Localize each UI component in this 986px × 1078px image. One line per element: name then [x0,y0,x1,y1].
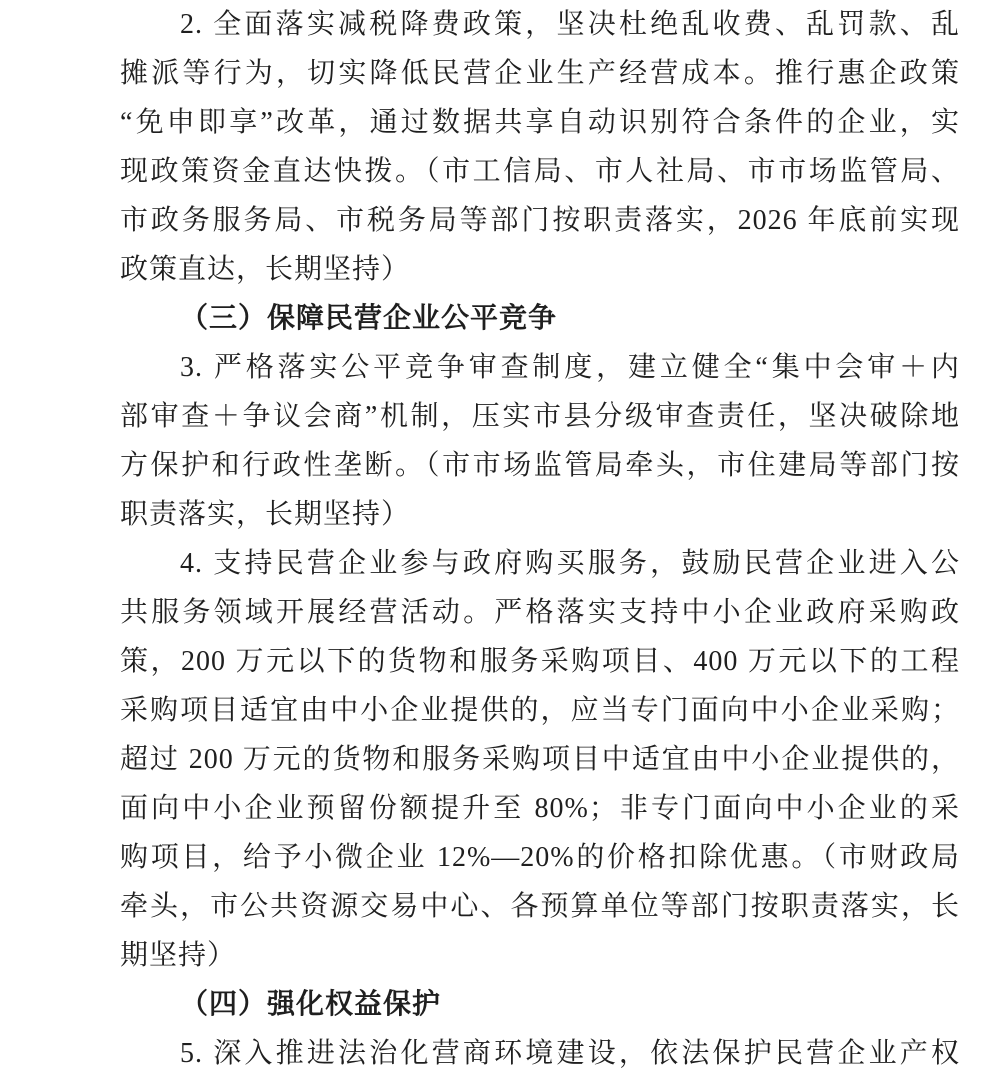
text-line: 部审查＋争议会商”机制，压实市县分级审查责任，坚决破除地 [120,392,960,441]
text-line: 5. 深入推进法治化营商环境建设，依法保护民营企业产权 [120,1029,960,1078]
text-line: 政策直达，长期坚持） [120,245,960,294]
text-line: 策，200 万元以下的货物和服务采购项目、400 万元以下的工程 [120,637,960,686]
text-line: 2. 全面落实减税降费政策，坚决杜绝乱收费、乱罚款、乱 [120,0,960,49]
text-line: 面向中小企业预留份额提升至 80%；非专门面向中小企业的采 [120,784,960,833]
text-line: 市政务服务局、市税务局等部门按职责落实，2026 年底前实现 [120,196,960,245]
text-line: 现政策资金直达快拨。（市工信局、市人社局、市市场监管局、 [120,147,960,196]
text-line: “免申即享”改革，通过数据共享自动识别符合条件的企业，实 [120,98,960,147]
document-body: 2. 全面落实减税降费政策，坚决杜绝乱收费、乱罚款、乱摊派等行为，切实降低民营企… [120,0,960,1078]
text-line: 职责落实，长期坚持） [120,490,960,539]
text-line: （三）保障民营企业公平竞争 [120,294,960,343]
document-page: 2. 全面落实减税降费政策，坚决杜绝乱收费、乱罚款、乱摊派等行为，切实降低民营企… [0,0,986,1078]
text-line: 牵头，市公共资源交易中心、各预算单位等部门按职责落实，长 [120,882,960,931]
item-4: 4. 支持民营企业参与政府购买服务，鼓励民营企业进入公共服务领域开展经营活动。严… [120,539,960,980]
item-5: 5. 深入推进法治化营商环境建设，依法保护民营企业产权 [120,1029,960,1078]
item-2: 2. 全面落实减税降费政策，坚决杜绝乱收费、乱罚款、乱摊派等行为，切实降低民营企… [120,0,960,294]
text-line: 采购项目适宜由中小企业提供的，应当专门面向中小企业采购； [120,686,960,735]
text-line: 期坚持） [120,931,960,980]
section-heading-3: （三）保障民营企业公平竞争 [120,294,960,343]
text-line: 4. 支持民营企业参与政府购买服务，鼓励民营企业进入公 [120,539,960,588]
text-line: 方保护和行政性垄断。（市市场监管局牵头，市住建局等部门按 [120,441,960,490]
item-3: 3. 严格落实公平竞争审查制度，建立健全“集中会审＋内部审查＋争议会商”机制，压… [120,343,960,539]
section-heading-4: （四）强化权益保护 [120,980,960,1029]
text-line: 购项目，给予小微企业 12%—20%的价格扣除优惠。（市财政局 [120,833,960,882]
text-line: 超过 200 万元的货物和服务采购项目中适宜由中小企业提供的， [120,735,960,784]
text-line: 摊派等行为，切实降低民营企业生产经营成本。推行惠企政策 [120,49,960,98]
text-line: 共服务领域开展经营活动。严格落实支持中小企业政府采购政 [120,588,960,637]
text-line: （四）强化权益保护 [120,980,960,1029]
text-line: 3. 严格落实公平竞争审查制度，建立健全“集中会审＋内 [120,343,960,392]
